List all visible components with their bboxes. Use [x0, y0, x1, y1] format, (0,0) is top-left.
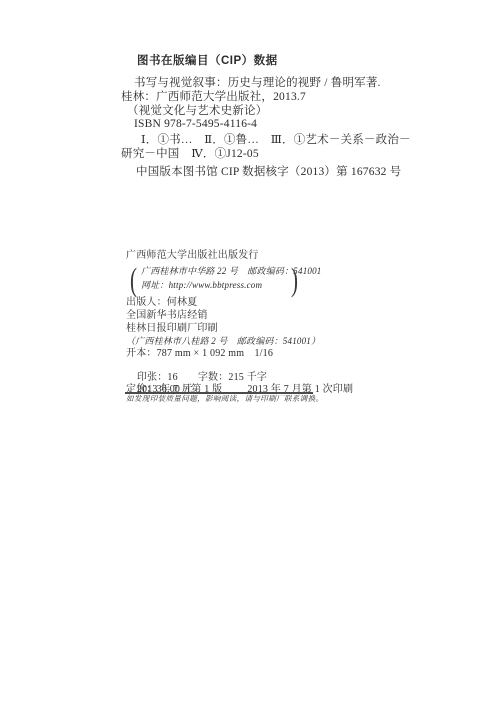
publisher-website-line: 网址：http://www.bbtpress.com	[141, 280, 262, 290]
cip-classification-line-2: 研究－中国 Ⅳ．①J12-05	[121, 148, 259, 161]
cip-isbn-line: ISBN 978-7-5495-4116-4	[134, 118, 257, 131]
book-copyright-page: 图书在版编目（CIP）数据 书写与视觉叙事：历史与理论的视野 / 鲁明军著. 桂…	[0, 0, 500, 707]
address-bracket-close: )	[291, 264, 298, 297]
cip-series-line: （视觉文化与艺术史新论）	[127, 105, 267, 118]
address-bracket-open: (	[130, 264, 137, 297]
publisher-person-line: 出版人：何林夏	[126, 297, 197, 309]
cip-record-number-line: 中国版本图书馆 CIP 数据核字（2013）第 167632 号	[136, 166, 401, 179]
publisher-line: 广西师范大学出版社出版发行	[126, 250, 259, 262]
cip-title-line: 书写与视觉叙事：历史与理论的视野 / 鲁明军著.	[134, 77, 381, 90]
quality-note-line: 如发现印装质量问题，影响阅读，请与印刷厂联系调换。	[126, 395, 324, 404]
printer-line: 桂林日报印刷厂印刷	[126, 323, 218, 335]
cip-header: 图书在版编目（CIP）数据	[137, 55, 278, 68]
cip-classification-line-1: Ⅰ．①书… Ⅱ．①鲁… Ⅲ．①艺术－关系－政治－	[141, 134, 411, 147]
distribution-line: 全国新华书店经销	[126, 310, 208, 322]
cip-imprint-line: 桂林：广西师范大学出版社，2013.7	[121, 91, 306, 104]
printer-address-line: （广西桂林市八桂路 2 号 邮政编码：541001）	[126, 336, 320, 346]
format-line: 开本：787 mm × 1 092 mm 1/16	[126, 348, 273, 360]
